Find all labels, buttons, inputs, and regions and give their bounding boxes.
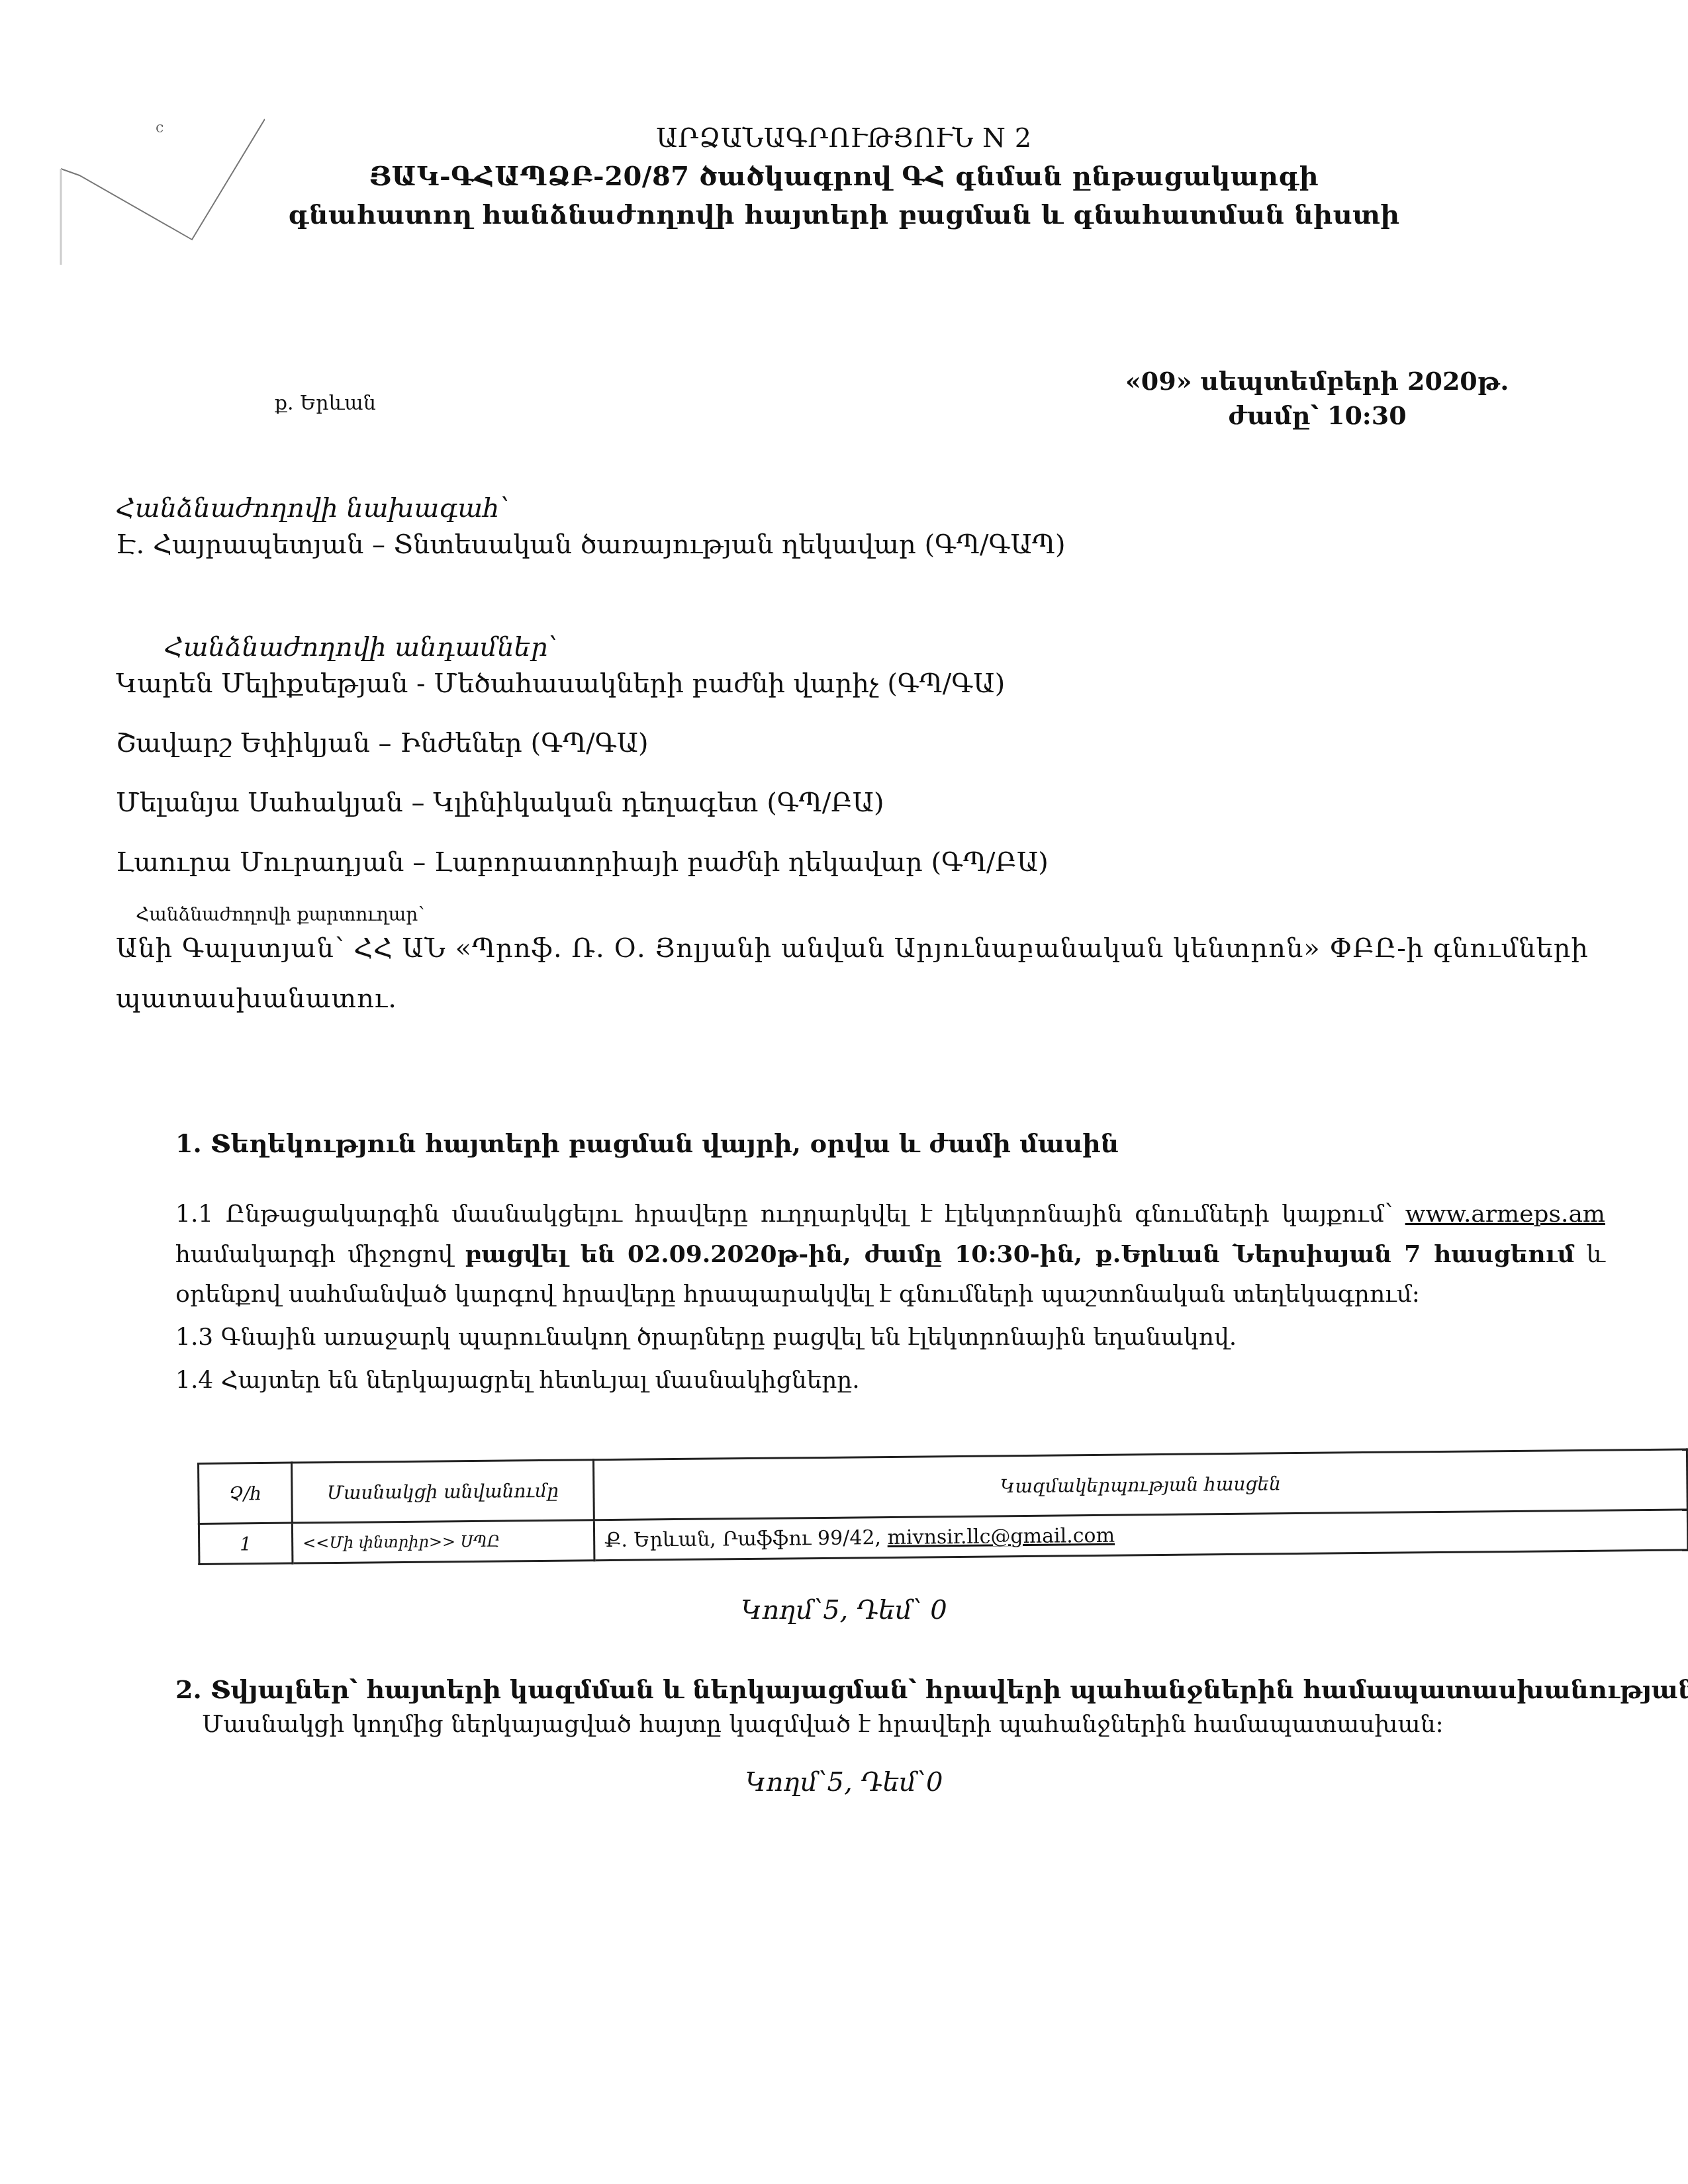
secretary-label: Հանձնաժողովի քարտուղար՝ — [136, 903, 425, 925]
section-2-text: Մասնակցի կողմից ներկայացված հայտը կազմվա… — [202, 1711, 1444, 1738]
member-item: Կարեն Մելիքսեթյան - Մեծահասակների բաժնի … — [116, 668, 1005, 699]
paragraph-1-1: 1.1 Ընթացակարգին մասնակցելու հրավերը ուղ… — [175, 1195, 1605, 1314]
chair-line: Է. Հայրապետյան – Տնտեսական ծառայության ղ… — [116, 529, 1066, 560]
member-item: Մելանյա Սահակյան – Կլինիկական դեղագետ (Գ… — [116, 788, 884, 818]
secretary-text: Անի Գալստյան՝ ՀՀ ԱՆ «Պրոֆ. Ռ. Օ. Յոլյանի… — [116, 923, 1589, 1024]
vote-result-2: Կողմ՝5, Դեմ՝0 — [0, 1767, 1688, 1797]
col-header-name: Մասնակցի անվանումը — [292, 1460, 594, 1523]
member-item: Լաուրա Մուրադյան – Լաբորատորիայի բաժնի ղ… — [116, 847, 1049, 878]
participant-name: <<Մի փնտրիր>> ՍՊԸ — [292, 1520, 594, 1563]
vote-result-1: Կողմ՝5, Դեմ՝ 0 — [0, 1595, 1688, 1625]
p1-1-text: համակարգի միջոցով — [175, 1241, 465, 1268]
armeps-link[interactable]: www.armeps.am — [1405, 1201, 1605, 1228]
members-label: Հանձնաժողովի անդամներ՝ — [164, 632, 557, 662]
meeting-date: «09» սեպտեմբերի 2020թ. — [1125, 364, 1509, 398]
section-2-heading: 2. Տվյալներ՝ հայտերի կազմման և ներկայացմ… — [175, 1674, 1688, 1704]
paragraph-1-4: 1.4 Հայտեր են ներկայացրել հետևյալ մասնակ… — [175, 1367, 860, 1394]
paragraph-1-3: 1.3 Գնային առաջարկ պարունակող ծրարները բ… — [175, 1324, 1237, 1351]
chair-label: Հանձնաժողովի նախագահ՝ — [116, 493, 509, 523]
title-line-3: գնահատող հանձնաժողովի հայտերի բացման և գ… — [0, 196, 1688, 234]
section-1-heading: 1. Տեղեկություն հայտերի բացման վայրի, օր… — [175, 1128, 1119, 1158]
meeting-time: ժամը՝ 10:30 — [1125, 398, 1509, 433]
title-line-1: ԱՐՁԱՆԱԳՐՈՒԹՅՈՒՆ N 2 — [0, 119, 1688, 158]
date-block: «09» սեպտեմբերի 2020թ. ժամը՝ 10:30 — [1125, 364, 1509, 433]
row-number: 1 — [199, 1523, 293, 1564]
title-line-2: ՅԱԿ-ԳՀԱՊՁԲ-20/87 ծածկագրով ԳՀ գնման ընթա… — [0, 158, 1688, 196]
scanned-page: c ԱՐՁԱՆԱԳՐՈՒԹՅՈՒՆ N 2 ՅԱԿ-ԳՀԱՊՁԲ-20/87 ծ… — [0, 0, 1688, 2184]
participants-table: Չ/հ Մասնակցի անվանումը Կազմակերպության հ… — [197, 1448, 1688, 1565]
col-header-number: Չ/հ — [199, 1463, 293, 1524]
col-header-address: Կազմակերպության հասցեն — [593, 1449, 1687, 1520]
city: ք. Երևան — [275, 392, 376, 415]
participant-email-link[interactable]: mivnsir.llc@gmail.com — [887, 1524, 1115, 1549]
opening-details: բացվել են 02.09.2020թ-ին, ժամը 10:30-ին,… — [465, 1240, 1574, 1268]
address-text: Ք. Երևան, Րաֆֆու 99/42, — [604, 1525, 888, 1551]
member-item: Շավարշ Եփիկյան – Ինժեներ (ԳՊ/ԳԱ) — [116, 728, 649, 758]
p1-1-text: 1.1 Ընթացակարգին մասնակցելու հրավերը ուղ… — [175, 1201, 1405, 1228]
document-title: ԱՐՁԱՆԱԳՐՈՒԹՅՈՒՆ N 2 ՅԱԿ-ԳՀԱՊՁԲ-20/87 ծած… — [0, 119, 1688, 234]
